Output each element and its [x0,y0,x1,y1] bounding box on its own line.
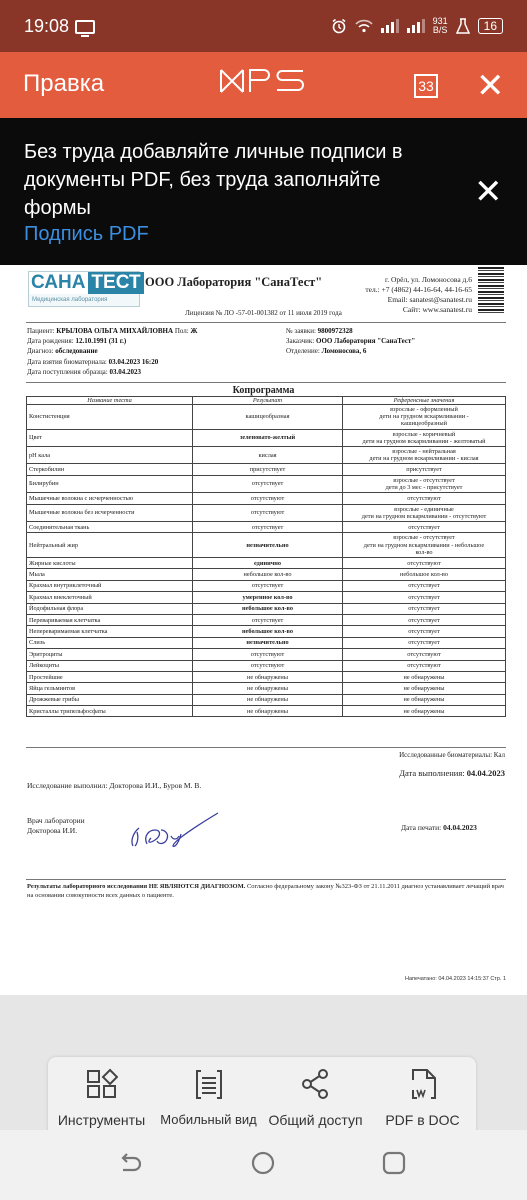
table-row: Лейкоцитыотсутствуютотсутствуют [27,660,506,671]
test-result: отсутствует [193,580,343,591]
table-row: Цветзеленовато-желтыйвзрослые - коричнев… [27,429,506,446]
test-name: Мышечные волокна с исчерченностью [27,493,193,504]
table-row: Билирубинотсутствуетвзрослые - отсутству… [27,475,506,492]
print-date: Дата печати: 04.04.2023 [401,823,477,832]
test-name: Нейтральный жир [27,533,193,558]
table-row: Перевариваемая клетчаткаотсутствуетотсут… [27,614,506,625]
test-result: не обнаружены [193,694,343,705]
reference-value: отсутствуют [343,558,506,569]
close-document-icon[interactable]: ✕ [476,66,505,106]
test-result: кислая [193,447,343,464]
table-row: Крахмал внеклеточныйумеренное кол-воотсу… [27,592,506,603]
table-title: Копрограмма [0,385,527,396]
reference-value: отсутствуют [343,493,506,504]
table-row: Мыланебольшое кол-вонебольшое кол-во [27,569,506,580]
status-indicators: 931B/S 16 [331,17,503,35]
wps-logo-icon [219,66,307,96]
reference-value: отсутствуют [343,660,506,671]
table-row: Соединительная тканьотсутствуетотсутству… [27,522,506,533]
test-name: Крахмал внутриклеточный [27,580,193,591]
test-name: Стеркобилин [27,464,193,475]
reference-value: отсутствует [343,522,506,533]
signal-icon-1 [381,19,399,33]
print-stamp: Напечатано: 04.04.2023 14:15:37 Стр. 1 [405,976,506,982]
reference-value: отсутствует [343,603,506,614]
battery-indicator: 16 [478,18,503,34]
column-header: Название теста [27,397,193,405]
net-speed: 931B/S [433,17,448,35]
table-row: Мышечные волокна с исчерченностьюотсутст… [27,493,506,504]
test-result: не обнаружены [193,671,343,682]
test-name: Мышечные волокна без исчерченности [27,504,193,521]
reference-value: не обнаружены [343,706,506,717]
test-name: Дрожжевые грибы [27,694,193,705]
test-name: Непереваримаемая клетчатка [27,626,193,637]
promo-text: Без труда добавляйте личные подписи в до… [24,138,434,222]
reference-value: взрослые - отсутствуетдети на грудном вс… [343,533,506,558]
reference-value: взрослые - оформленныйдети на грудном вс… [343,405,506,430]
test-name: Эритроциты [27,649,193,660]
test-result: отсутствует [193,614,343,625]
table-row: Простейшиене обнаруженыне обнаружены [27,671,506,682]
mobile-view-icon [193,1068,225,1100]
table-row: Нейтральный жирнезначительновзрослые - о… [27,533,506,558]
signature [125,810,220,850]
wifi-icon [355,19,373,33]
reference-value: отсутствует [343,592,506,603]
reference-value: взрослые - коричневыйдети на грудном вск… [343,429,506,446]
flask-icon [456,18,470,34]
test-name: Билирубин [27,475,193,492]
wps-logo [219,66,307,104]
test-result: небольшое кол-во [193,626,343,637]
table-row: Кристаллы трипельфосфатыне обнаруженыне … [27,706,506,717]
table-row: Эритроцитыотсутствуютотсутствуют [27,649,506,660]
test-result: не обнаружены [193,683,343,694]
table-row: Слизьнезначительноотсутствует [27,637,506,648]
table-row: Жирные кислотыединичноотсутствуют [27,558,506,569]
reference-value: взрослые - нейтральнаядети на грудном вс… [343,447,506,464]
screen-cast-icon [75,20,95,34]
reference-value: отсутствует [343,637,506,648]
reference-value: отсутствует [343,580,506,591]
table-row: Дрожжевые грибыне обнаруженыне обнаружен… [27,694,506,705]
table-row: Мышечные волокна без исчерченностиотсутс… [27,504,506,521]
test-name: Цвет [27,429,193,446]
results-table: Название теста Результат Референсные зна… [26,396,506,717]
test-name: Яйца гельминтов [27,683,193,694]
table-row: Йодофильная флоранебольшое кол-воотсутст… [27,603,506,614]
pdf-to-doc-icon [407,1068,439,1100]
system-nav-bar [0,1130,527,1200]
test-name: Простейшие [27,671,193,682]
reference-value: не обнаружены [343,694,506,705]
divider [26,879,506,880]
signal-icon-2 [407,19,425,33]
test-name: Констистенция [27,405,193,430]
table-row: Яйца гельминтовне обнаруженыне обнаружен… [27,683,506,694]
share-icon [300,1068,332,1100]
patient-info: Пациент: КРЫЛОВА ОЛЬГА МИХАЙЛОВНА Пол: Ж… [27,326,197,377]
column-header: Референсные значения [343,397,506,405]
performer: Исследование выполнил: Докторова И.И., Б… [27,781,201,790]
divider [26,382,506,383]
test-result: отсутствуют [193,649,343,660]
test-result: отсутствует [193,475,343,492]
app-bar: Правка 33 ✕ [0,52,527,118]
pdf-page: САНАТЕСТ Медицинская лаборатория ООО Лаб… [0,265,527,995]
org-name: ООО Лаборатория "СанаТест" [145,275,322,290]
promo-banner: Без труда добавляйте личные подписи в до… [0,118,527,265]
test-name: pH кала [27,447,193,464]
tab-count-button[interactable]: 33 [414,74,438,98]
divider [26,747,506,748]
test-name: Йодофильная флора [27,603,193,614]
test-result: отсутствует [193,522,343,533]
reference-value: не обнаружены [343,683,506,694]
edit-button[interactable]: Правка [23,70,104,98]
test-result: не обнаружены [193,706,343,717]
execution-date: Дата выполнения: 04.04.2023 [399,768,505,778]
reference-value: взрослые - единичныедети на грудном вска… [343,504,506,521]
biomaterial: Исследованные биоматериалы: Кал [399,751,505,759]
barcode [478,267,504,315]
license: Лицензия № ЛО -57-01-001382 от 11 июля 2… [0,309,527,317]
back-icon[interactable] [118,1150,144,1176]
test-name: Соединительная ткань [27,522,193,533]
test-name: Лейкоциты [27,660,193,671]
test-result: присутствует [193,464,343,475]
status-time: 19:08 [24,16,69,37]
lab-doctor: Врач лаборатории Докторова И.И. [27,816,85,836]
status-bar: 19:08 931B/S 16 [0,0,527,52]
column-header: Результат [193,397,343,405]
reference-value: взрослые - отсутствуетдети до 3 мес - пр… [343,475,506,492]
disclaimer: Результаты лабораторного исследования НЕ… [27,882,507,900]
test-result: кашицеобразная [193,405,343,430]
test-result: единично [193,558,343,569]
test-result: умеренное кол-во [193,592,343,603]
test-name: Кристаллы трипельфосфаты [27,706,193,717]
test-name: Мыла [27,569,193,580]
lab-logo: САНАТЕСТ Медицинская лаборатория [28,271,140,307]
reference-value: не обнаружены [343,671,506,682]
test-name: Крахмал внеклеточный [27,592,193,603]
test-result: зеленовато-желтый [193,429,343,446]
order-info: № заявки: 9800972328 Заказчик: ООО Лабор… [286,326,415,357]
table-row: Констистенциякашицеобразнаявзрослые - оф… [27,405,506,430]
table-row: pH калакислаявзрослые - нейтральнаядети … [27,447,506,464]
reference-value: отсутствуют [343,649,506,660]
recents-icon[interactable] [381,1150,407,1176]
pdf-sign-link[interactable]: Подпись PDF [24,223,149,246]
test-result: небольшое кол-во [193,569,343,580]
table-row: Непереваримаемая клетчатканебольшое кол-… [27,626,506,637]
test-result: отсутствуют [193,660,343,671]
test-name: Перевариваемая клетчатка [27,614,193,625]
test-result: отсутствуют [193,493,343,504]
table-row: Крахмал внутриклеточныйотсутствуетотсутс… [27,580,506,591]
reference-value: отсутствует [343,614,506,625]
test-result: отсутствуют [193,504,343,521]
table-row: Стеркобилинприсутствуетприсутствует [27,464,506,475]
home-icon[interactable] [250,1150,276,1176]
test-name: Слизь [27,637,193,648]
test-name: Жирные кислоты [27,558,193,569]
reference-value: небольшое кол-во [343,569,506,580]
close-banner-icon[interactable]: ✕ [474,172,503,212]
test-result: незначительно [193,533,343,558]
test-result: незначительно [193,637,343,648]
reference-value: отсутствует [343,626,506,637]
test-result: небольшое кол-во [193,603,343,614]
alarm-icon [331,18,347,34]
divider [26,322,506,323]
reference-value: присутствует [343,464,506,475]
tools-icon [86,1068,118,1100]
